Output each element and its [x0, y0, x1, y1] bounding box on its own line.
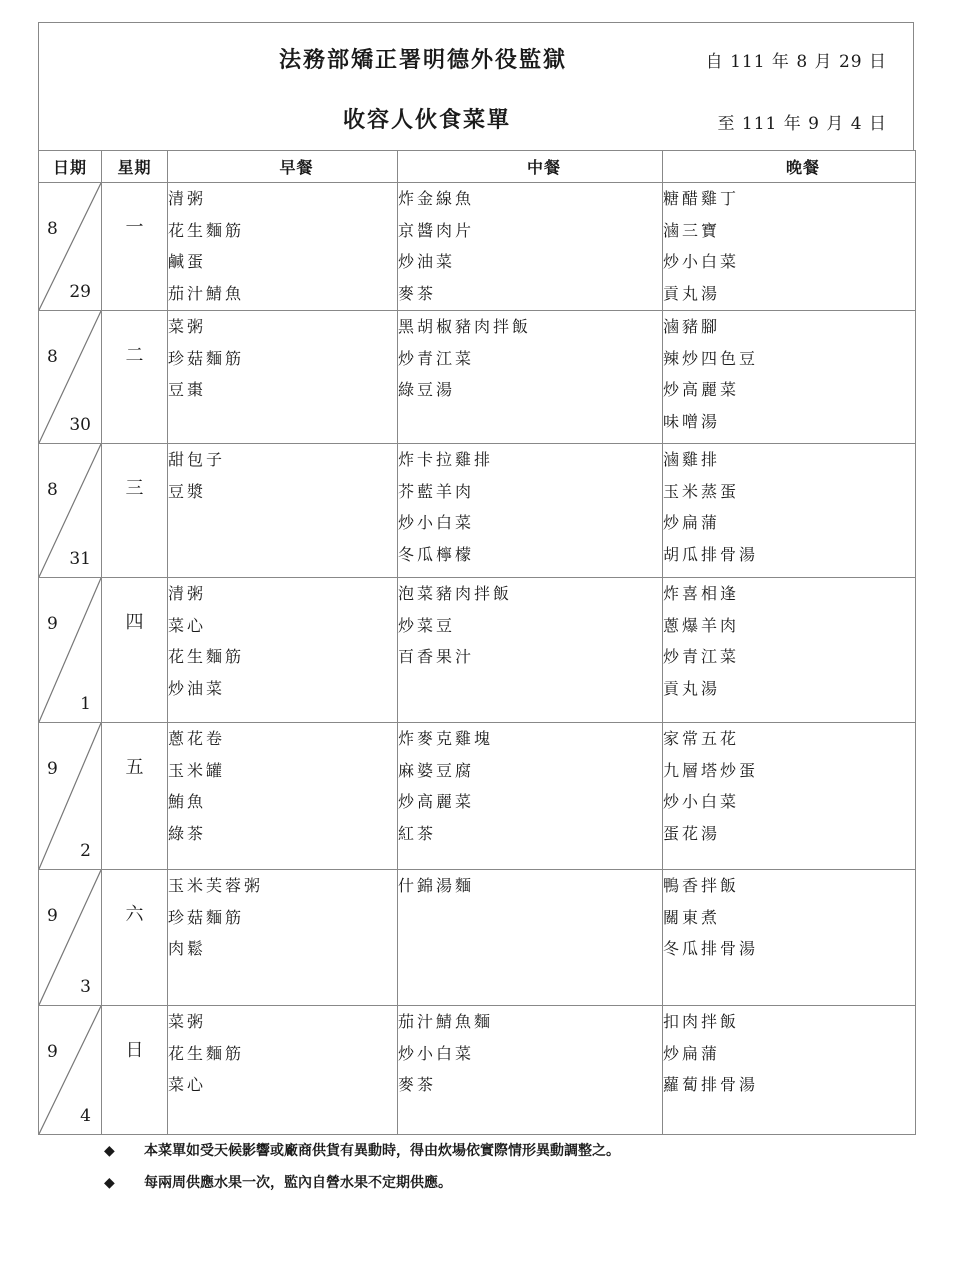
- dish-item: 豆漿: [168, 476, 397, 508]
- column-header-weekday: 星期: [102, 151, 168, 183]
- dish-item: 綠茶: [168, 818, 397, 850]
- dish-item: 家常五花: [663, 723, 915, 755]
- dish-item: 炒菜豆: [398, 610, 662, 642]
- dinner-cell: 家常五花九層塔炒蛋炒小白菜蛋花湯: [663, 723, 916, 870]
- dish-item: 蘿蔔排骨湯: [663, 1069, 915, 1101]
- date-cell: 93: [39, 870, 102, 1006]
- date-range-from: 自 111 年 8 月 29 日: [706, 47, 887, 72]
- dish-item: 玉米芙蓉粥: [168, 870, 397, 902]
- breakfast-cell: 玉米芙蓉粥珍菇麵筋肉鬆: [168, 870, 398, 1006]
- dish-item: 九層塔炒蛋: [663, 755, 915, 787]
- dish-item: 冬瓜排骨湯: [663, 933, 915, 965]
- date-cell: 92: [39, 723, 102, 870]
- dish-item: 關東煮: [663, 902, 915, 934]
- dish-item: 胡瓜排骨湯: [663, 539, 915, 571]
- weekday-label: 三: [126, 474, 144, 500]
- weekday-label: 日: [126, 1036, 144, 1062]
- dish-item: 珍菇麵筋: [168, 343, 397, 375]
- dish-item: 炒扁蒲: [663, 507, 915, 539]
- dish-item: 炸麥克雞塊: [398, 723, 662, 755]
- dish-item: 蔥花卷: [168, 723, 397, 755]
- lunch-cell: 黑胡椒豬肉拌飯炒青江菜綠豆湯: [398, 311, 663, 444]
- breakfast-cell: 清粥花生麵筋鹹蛋茄汁鯖魚: [168, 183, 398, 311]
- dish-item: 麻婆豆腐: [398, 755, 662, 787]
- weekday-cell: 二: [102, 311, 168, 444]
- date-month: 9: [47, 759, 58, 779]
- diagonal-divider-icon: [39, 870, 101, 1005]
- column-header-date: 日期: [39, 151, 102, 183]
- dish-item: 蛋花湯: [663, 818, 915, 850]
- diamond-bullet-icon: ◆: [104, 1138, 144, 1170]
- note-text: 每兩周供應水果一次，監內自營水果不定期供應。: [144, 1170, 452, 1202]
- breakfast-cell: 甜包子豆漿: [168, 444, 398, 578]
- weekday-cell: 日: [102, 1006, 168, 1135]
- date-month: 8: [47, 219, 58, 239]
- dish-item: 茄汁鯖魚: [168, 278, 397, 310]
- dish-item: 貢丸湯: [663, 278, 915, 310]
- dinner-cell: 滷雞排玉米蒸蛋炒扁蒲胡瓜排骨湯: [663, 444, 916, 578]
- weekday-cell: 三: [102, 444, 168, 578]
- dish-item: 清粥: [168, 578, 397, 610]
- diagonal-divider-icon: [39, 1006, 101, 1134]
- dish-item: 炸卡拉雞排: [398, 444, 662, 476]
- column-header-dinner: 晚餐: [663, 151, 916, 183]
- dish-item: 豆棗: [168, 374, 397, 406]
- dish-item: 珍菇麵筋: [168, 902, 397, 934]
- date-cell: 831: [39, 444, 102, 578]
- dish-item: 炒油菜: [168, 673, 397, 705]
- dish-item: 炒青江菜: [398, 343, 662, 375]
- dish-item: 黑胡椒豬肉拌飯: [398, 311, 662, 343]
- table-row: 830二菜粥珍菇麵筋豆棗黑胡椒豬肉拌飯炒青江菜綠豆湯滷豬腳辣炒四色豆炒高麗菜味噌…: [39, 311, 916, 444]
- note-text: 本菜單如受天候影響或廠商供貨有異動時，得由炊場依實際情形異動調整之。: [144, 1138, 620, 1170]
- dish-item: 味噌湯: [663, 406, 915, 438]
- dish-item: 炒高麗菜: [398, 786, 662, 818]
- dinner-cell: 糖醋雞丁滷三寶炒小白菜貢丸湯: [663, 183, 916, 311]
- date-month: 8: [47, 347, 58, 367]
- dish-item: 炒高麗菜: [663, 374, 915, 406]
- dish-item: 什錦湯麵: [398, 870, 662, 902]
- lunch-cell: 炸金線魚京醬肉片炒油菜麥茶: [398, 183, 663, 311]
- dish-item: 炒油菜: [398, 246, 662, 278]
- lunch-cell: 炸麥克雞塊麻婆豆腐炒高麗菜紅茶: [398, 723, 663, 870]
- dish-item: 花生麵筋: [168, 215, 397, 247]
- dish-item: 滷三寶: [663, 215, 915, 247]
- dish-item: 炸喜相逢: [663, 578, 915, 610]
- weekday-cell: 四: [102, 578, 168, 723]
- table-row: 94日菜粥花生麵筋菜心茄汁鯖魚麵炒小白菜麥茶扣肉拌飯炒扁蒲蘿蔔排骨湯: [39, 1006, 916, 1135]
- diagonal-divider-icon: [39, 723, 101, 869]
- dish-item: 炒小白菜: [398, 1038, 662, 1070]
- table-row: 93六玉米芙蓉粥珍菇麵筋肉鬆什錦湯麵鴨香拌飯關東煮冬瓜排骨湯: [39, 870, 916, 1006]
- column-header-lunch: 中餐: [398, 151, 663, 183]
- dish-item: 肉鬆: [168, 933, 397, 965]
- dinner-cell: 炸喜相逢蔥爆羊肉炒青江菜貢丸湯: [663, 578, 916, 723]
- dish-item: 菜心: [168, 1069, 397, 1101]
- date-month: 9: [47, 614, 58, 634]
- dish-item: 甜包子: [168, 444, 397, 476]
- lunch-cell: 什錦湯麵: [398, 870, 663, 1006]
- dish-item: 京醬肉片: [398, 215, 662, 247]
- dish-item: 鴨香拌飯: [663, 870, 915, 902]
- dish-item: 冬瓜檸檬: [398, 539, 662, 571]
- dish-item: 炒青江菜: [663, 641, 915, 673]
- date-range-to: 至 111 年 9 月 4 日: [717, 109, 887, 134]
- dish-item: 紅茶: [398, 818, 662, 850]
- dish-item: 炒扁蒲: [663, 1038, 915, 1070]
- date-month: 9: [47, 1042, 58, 1062]
- breakfast-cell: 清粥菜心花生麵筋炒油菜: [168, 578, 398, 723]
- breakfast-cell: 菜粥珍菇麵筋豆棗: [168, 311, 398, 444]
- note-item: ◆ 本菜單如受天候影響或廠商供貨有異動時，得由炊場依實際情形異動調整之。: [104, 1138, 620, 1170]
- dish-item: 泡菜豬肉拌飯: [398, 578, 662, 610]
- dish-item: 菜粥: [168, 1006, 397, 1038]
- table-header-row: 日期 星期 早餐 中餐 晚餐: [39, 151, 916, 183]
- note-item: ◆ 每兩周供應水果一次，監內自營水果不定期供應。: [104, 1170, 620, 1202]
- table-row: 92五蔥花卷玉米罐鮪魚綠茶炸麥克雞塊麻婆豆腐炒高麗菜紅茶家常五花九層塔炒蛋炒小白…: [39, 723, 916, 870]
- dish-item: 清粥: [168, 183, 397, 215]
- dish-item: 花生麵筋: [168, 1038, 397, 1070]
- dish-item: 花生麵筋: [168, 641, 397, 673]
- dish-item: 糖醋雞丁: [663, 183, 915, 215]
- dish-item: 滷豬腳: [663, 311, 915, 343]
- dinner-cell: 扣肉拌飯炒扁蒲蘿蔔排骨湯: [663, 1006, 916, 1135]
- dish-item: 炒小白菜: [663, 786, 915, 818]
- dish-item: 百香果汁: [398, 641, 662, 673]
- table-row: 91四清粥菜心花生麵筋炒油菜泡菜豬肉拌飯炒菜豆百香果汁炸喜相逢蔥爆羊肉炒青江菜貢…: [39, 578, 916, 723]
- breakfast-cell: 菜粥花生麵筋菜心: [168, 1006, 398, 1135]
- diagonal-divider-icon: [39, 578, 101, 722]
- date-day: 3: [80, 977, 91, 997]
- dish-item: 炸金線魚: [398, 183, 662, 215]
- weekday-cell: 一: [102, 183, 168, 311]
- dish-item: 貢丸湯: [663, 673, 915, 705]
- dish-item: 鮪魚: [168, 786, 397, 818]
- weekday-label: 四: [126, 608, 144, 634]
- table-row: 829一清粥花生麵筋鹹蛋茄汁鯖魚炸金線魚京醬肉片炒油菜麥茶糖醋雞丁滷三寶炒小白菜…: [39, 183, 916, 311]
- date-day: 2: [80, 841, 91, 861]
- lunch-cell: 炸卡拉雞排芥藍羊肉炒小白菜冬瓜檸檬: [398, 444, 663, 578]
- notes: ◆ 本菜單如受天候影響或廠商供貨有異動時，得由炊場依實際情形異動調整之。 ◆ 每…: [104, 1138, 620, 1202]
- dinner-cell: 滷豬腳辣炒四色豆炒高麗菜味噌湯: [663, 311, 916, 444]
- weekday-label: 二: [126, 341, 144, 367]
- diamond-bullet-icon: ◆: [104, 1170, 144, 1202]
- weekday-cell: 六: [102, 870, 168, 1006]
- dish-item: 炒小白菜: [663, 246, 915, 278]
- dish-item: 茄汁鯖魚麵: [398, 1006, 662, 1038]
- dish-item: 玉米蒸蛋: [663, 476, 915, 508]
- date-cell: 91: [39, 578, 102, 723]
- dish-item: 鹹蛋: [168, 246, 397, 278]
- dish-item: 麥茶: [398, 1069, 662, 1101]
- dinner-cell: 鴨香拌飯關東煮冬瓜排骨湯: [663, 870, 916, 1006]
- dish-item: 炒小白菜: [398, 507, 662, 539]
- lunch-cell: 泡菜豬肉拌飯炒菜豆百香果汁: [398, 578, 663, 723]
- table-row: 831三甜包子豆漿炸卡拉雞排芥藍羊肉炒小白菜冬瓜檸檬滷雞排玉米蒸蛋炒扁蒲胡瓜排骨…: [39, 444, 916, 578]
- dish-item: 滷雞排: [663, 444, 915, 476]
- dish-item: 菜粥: [168, 311, 397, 343]
- weekday-label: 六: [126, 900, 144, 926]
- dish-item: 綠豆湯: [398, 374, 662, 406]
- date-cell: 94: [39, 1006, 102, 1135]
- dish-item: 蔥爆羊肉: [663, 610, 915, 642]
- menu-header: 法務部矯正署明德外役監獄 收容人伙食菜單 自 111 年 8 月 29 日 至 …: [38, 22, 914, 150]
- date-cell: 830: [39, 311, 102, 444]
- date-month: 9: [47, 906, 58, 926]
- date-cell: 829: [39, 183, 102, 311]
- weekday-label: 五: [126, 753, 144, 779]
- date-day: 29: [69, 282, 91, 302]
- lunch-cell: 茄汁鯖魚麵炒小白菜麥茶: [398, 1006, 663, 1135]
- weekday-label: 一: [126, 213, 144, 239]
- date-day: 1: [80, 694, 91, 714]
- dish-item: 麥茶: [398, 278, 662, 310]
- menu-table: 日期 星期 早餐 中餐 晚餐 829一清粥花生麵筋鹹蛋茄汁鯖魚炸金線魚京醬肉片炒…: [38, 150, 916, 1135]
- weekday-cell: 五: [102, 723, 168, 870]
- column-header-breakfast: 早餐: [168, 151, 398, 183]
- dish-item: 玉米罐: [168, 755, 397, 787]
- breakfast-cell: 蔥花卷玉米罐鮪魚綠茶: [168, 723, 398, 870]
- date-month: 8: [47, 480, 58, 500]
- dish-item: 菜心: [168, 610, 397, 642]
- dish-item: 辣炒四色豆: [663, 343, 915, 375]
- dish-item: 扣肉拌飯: [663, 1006, 915, 1038]
- dish-item: 芥藍羊肉: [398, 476, 662, 508]
- date-day: 31: [69, 549, 91, 569]
- date-day: 4: [80, 1106, 91, 1126]
- date-day: 30: [69, 415, 91, 435]
